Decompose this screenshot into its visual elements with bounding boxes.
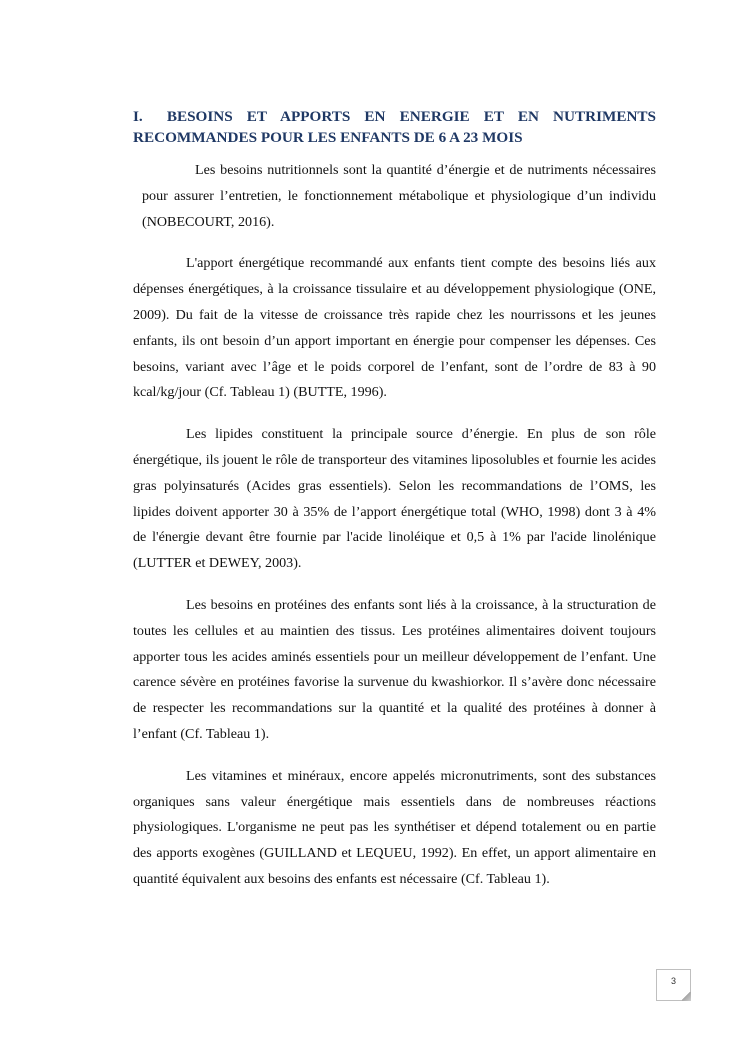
page-content: I. BESOINS ET APPORTS EN ENERGIE ET EN N… bbox=[133, 106, 656, 909]
paragraph-apport-energetique: L'apport énergétique recommandé aux enfa… bbox=[133, 251, 656, 406]
section-number: I. bbox=[133, 108, 143, 125]
paragraph-proteines: Les besoins en protéines des enfants son… bbox=[133, 593, 656, 748]
document-page: I. BESOINS ET APPORTS EN ENERGIE ET EN N… bbox=[0, 0, 745, 1053]
paragraph-lipides: Les lipides constituent la principale so… bbox=[133, 422, 656, 577]
section-title: BESOINS ET APPORTS EN ENERGIE ET EN NUTR… bbox=[133, 108, 656, 146]
section-heading: I. BESOINS ET APPORTS EN ENERGIE ET EN N… bbox=[133, 106, 656, 148]
page-number: 3 bbox=[657, 976, 690, 986]
page-curl-icon bbox=[681, 991, 691, 1001]
paragraph-micronutriments: Les vitamines et minéraux, encore appelé… bbox=[133, 764, 656, 893]
page-number-box: 3 bbox=[656, 969, 691, 1001]
paragraph-besoins-nutritionnels: Les besoins nutritionnels sont la quanti… bbox=[142, 158, 656, 235]
